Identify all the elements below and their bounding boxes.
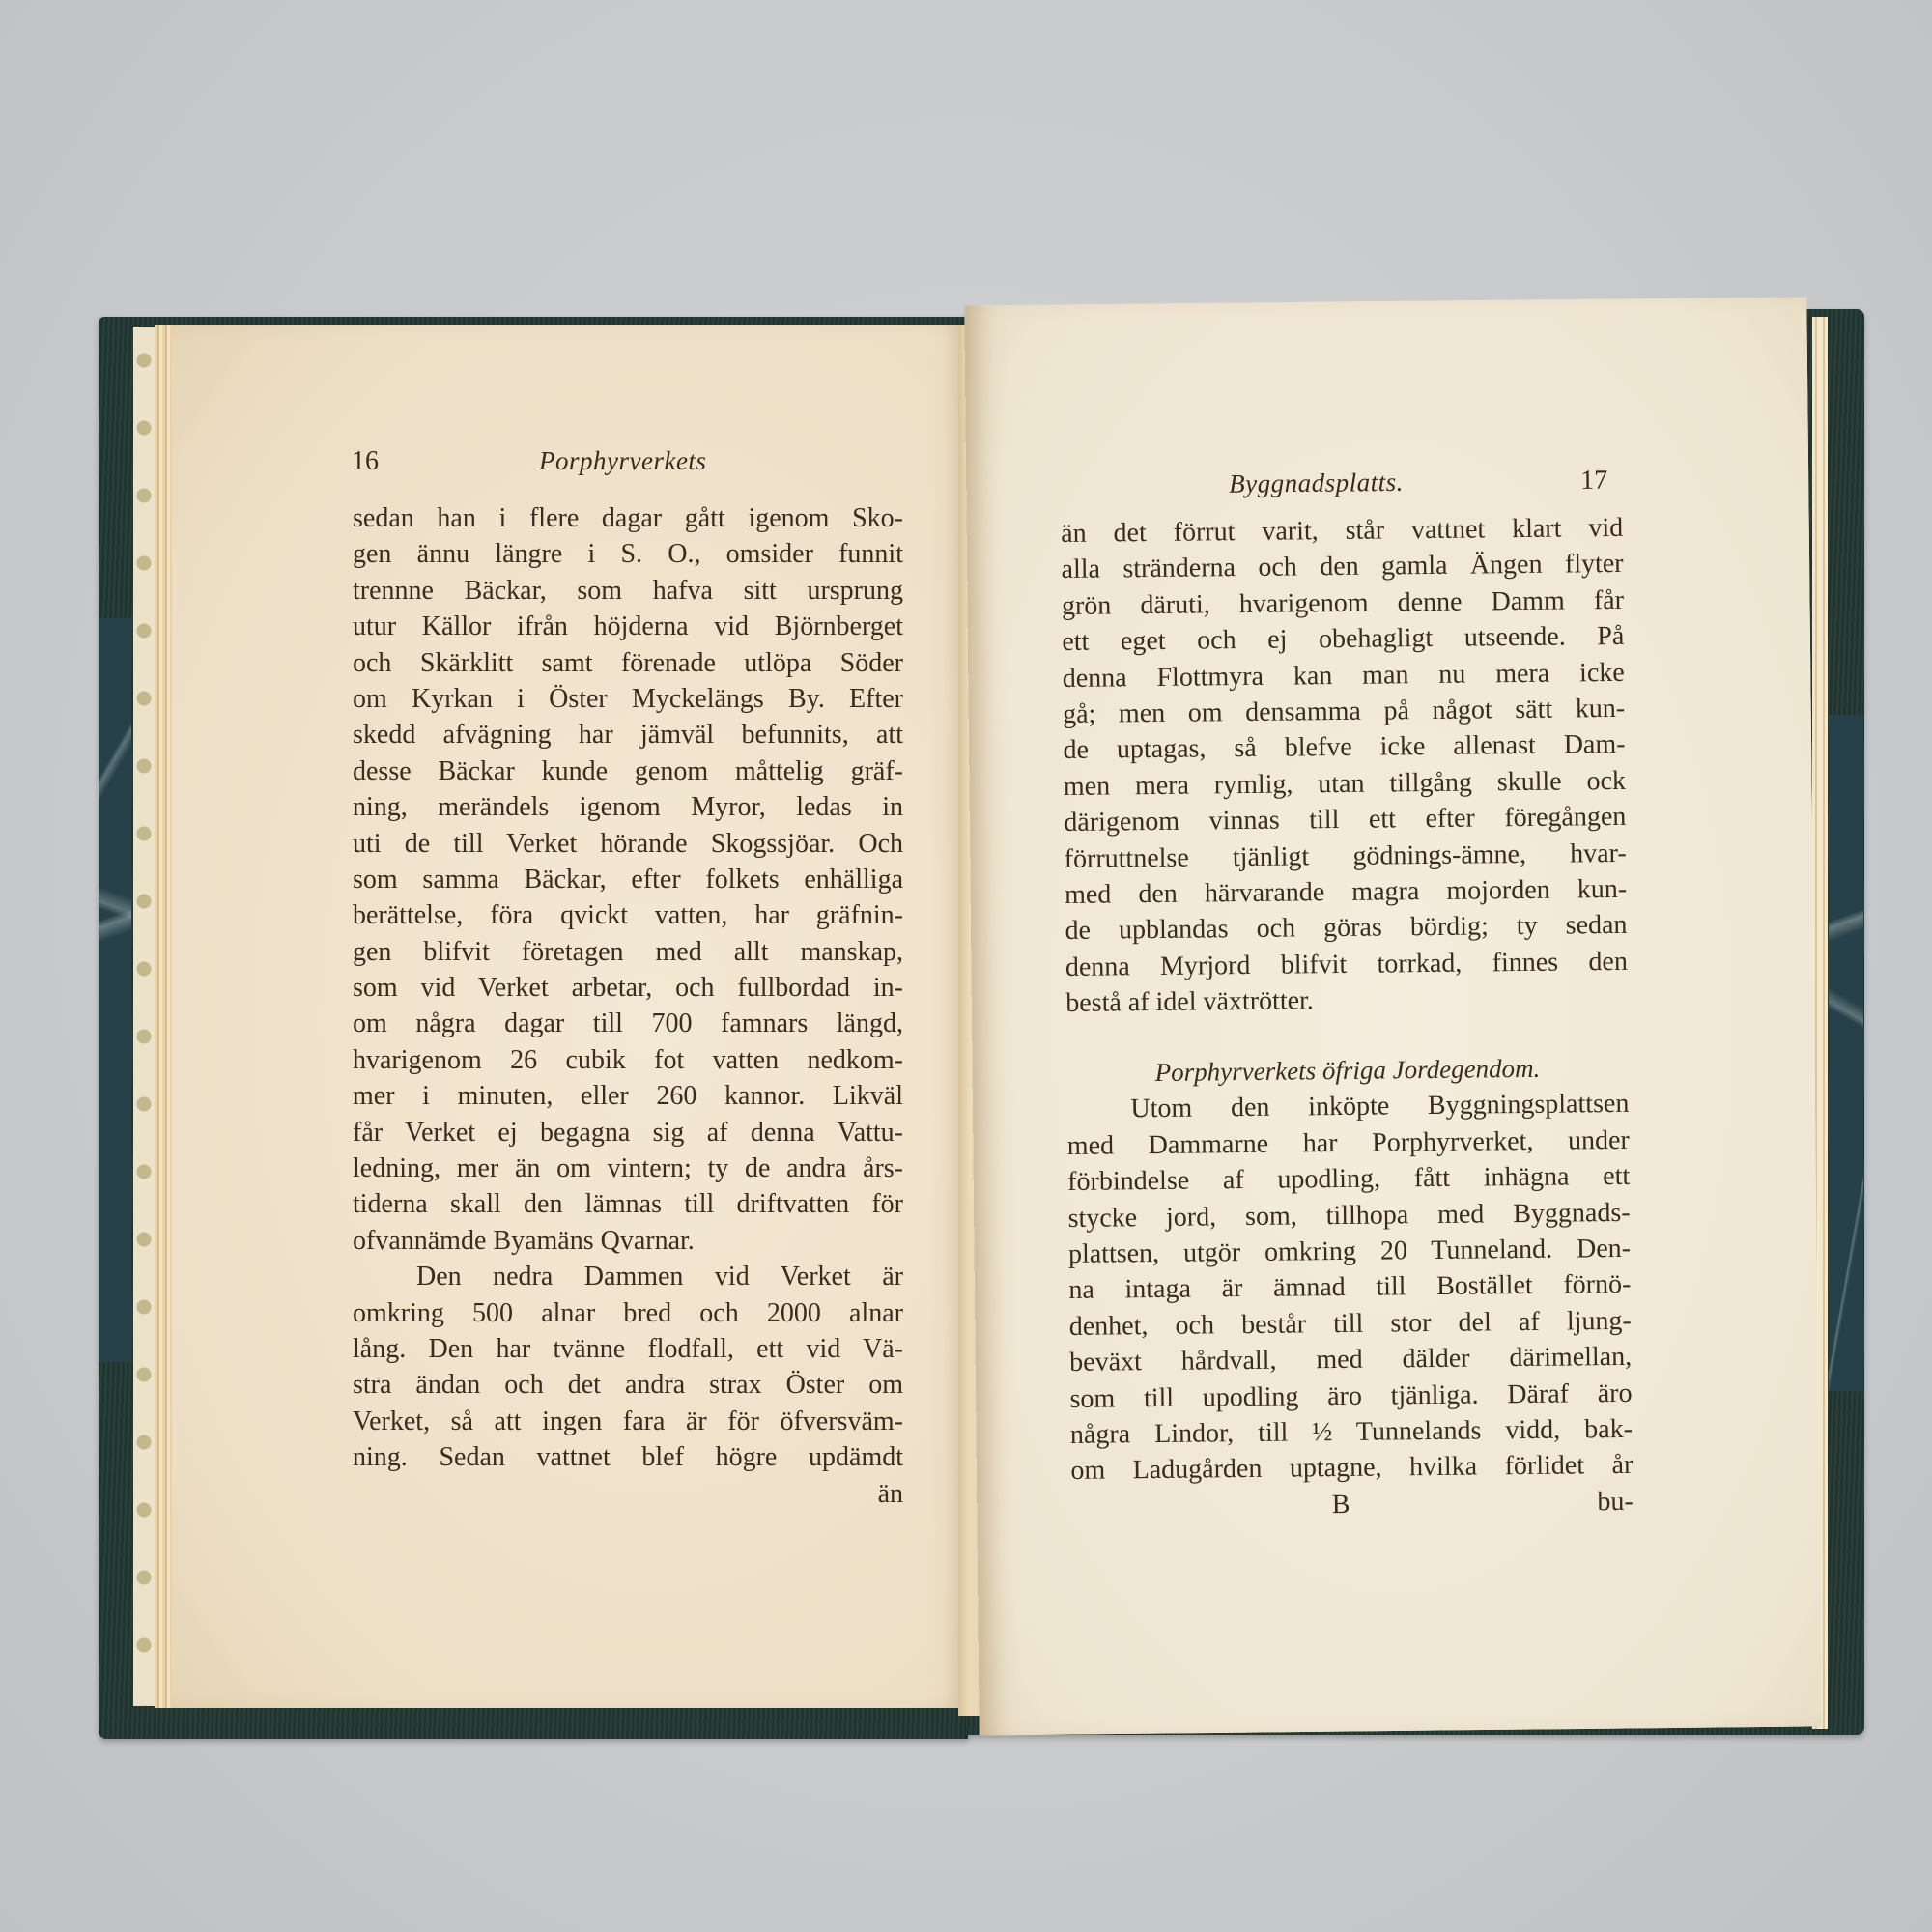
text-line: na intaga är ämnad till Bostället förnö-: [1068, 1266, 1631, 1308]
text-line: som vid Verket arbetar, och fullbordad i…: [353, 970, 903, 1006]
text-line: några Lindor, till ½ Tunnelands vidd, ba…: [1070, 1411, 1633, 1453]
text-line: och Skärklitt samt förenade utlöpa Söder: [353, 645, 903, 681]
running-head-title: Byggnadsplatts.: [1229, 468, 1404, 499]
text-line: beväxt hårdvall, med dälder därimellan,: [1069, 1339, 1632, 1380]
text-line: de uptagas, så blefve icke allenast Dam-: [1063, 726, 1625, 768]
page-edges-left: [155, 325, 174, 1708]
text-line: trennne Bäckar, som hafva sitt ursprung: [353, 573, 903, 609]
marbled-paper-left: [99, 618, 131, 1362]
text-line: gå; men om densamma på något sätt kun-: [1063, 691, 1625, 732]
text-line: därigenom vinnas till ett efter föregång…: [1064, 799, 1626, 840]
text-line: grön däruti, hvarigenom denne Damm får: [1062, 582, 1624, 624]
catchword: än: [353, 1476, 903, 1512]
text-line: förruttnelse tjänligt gödnings-ämne, hva…: [1065, 835, 1627, 876]
text-line: om Kyrkan i Öster Myckelängs By. Efter: [353, 681, 903, 717]
section-heading: Porphyrverkets öfriga Jordegendom.: [1066, 1050, 1629, 1092]
open-book: 16 Porphyrverkets sedan han i flere daga…: [0, 0, 1932, 1932]
text-line: får Verket ej begagna sig af denna Vattu…: [353, 1115, 903, 1151]
text-line: sedan han i flere dagar gått igenom Sko-: [353, 500, 903, 536]
right-page-body: än det förrut varit, står vattnet klart …: [1061, 510, 1634, 1525]
text-line: hvarigenom 26 cubik fot vatten nedkom-: [353, 1042, 903, 1078]
text-line: denna Flottmyra kan man nu mera icke: [1063, 654, 1625, 696]
text-line: utur Källor ifrån höjderna vid Björnberg…: [353, 609, 903, 644]
text-line: mer i minuten, eller 260 kannor. Likväl: [353, 1078, 903, 1114]
text-line: stra ändan och det andra strax Öster om: [353, 1367, 903, 1403]
text-line: de upblandas och göras bördig; ty sedan: [1065, 907, 1627, 949]
patterned-endpaper: [133, 327, 155, 1706]
text-line: tiderna skall den lämnas till driftvatte…: [353, 1186, 903, 1222]
text-line: alla stränderna och den gamla Ängen flyt…: [1061, 546, 1623, 587]
text-line: ning. Sedan vattnet blef högre updämdt: [353, 1439, 903, 1475]
text-line: skedd afvägning har jämväl befunnits, at…: [353, 717, 903, 753]
running-head-title: Porphyrverkets: [539, 446, 706, 476]
page-footer: B bu-: [1071, 1484, 1634, 1525]
text-line: gen ännu längre i S. O., omsider funnit: [353, 536, 903, 572]
text-line: lång. Den har tvänne flodfall, ett vid V…: [353, 1331, 903, 1367]
section-spacer: [1065, 1015, 1628, 1056]
text-line: ning, merändels igenom Myror, ledas in: [353, 789, 903, 825]
text-line: om några dagar till 700 famnars längd,: [353, 1006, 903, 1041]
text-line: än det förrut varit, står vattnet klart …: [1061, 510, 1623, 552]
text-line: denna Myrjord blifvit torrkad, finnes de…: [1065, 944, 1628, 985]
text-line: som samma Bäckar, efter folkets enhällig…: [353, 862, 903, 897]
text-line: som till upodling äro tjänliga. Däraf är…: [1069, 1375, 1632, 1416]
catchword: bu-: [1597, 1484, 1634, 1520]
page-number: 16: [352, 446, 379, 477]
marbled-paper-right: [1829, 715, 1863, 1391]
text-line: Verket, så att ingen fara är för öfversv…: [353, 1404, 903, 1439]
signature-mark: B: [1332, 1487, 1350, 1523]
text-line: stycke jord, som, tillhopa med Byggnads-: [1067, 1195, 1630, 1236]
text-line: uti de till Verket hörande Skogssjöar. O…: [353, 826, 903, 862]
text-line: omkring 500 alnar bred och 2000 alnar: [353, 1295, 903, 1331]
text-line: förbindelse af upodling, fått inhägna et…: [1067, 1158, 1630, 1200]
text-line: med den härvarande magra mojorden kun-: [1065, 871, 1627, 913]
page-number: 17: [1580, 466, 1607, 497]
paragraph-start: Utom den inköpte Byggningsplattsen: [1066, 1086, 1629, 1127]
text-line: ledning, mer än om vintern; ty de andra …: [353, 1151, 903, 1186]
text-line: med Dammarne har Porphyrverket, under: [1067, 1122, 1630, 1164]
text-line: denhet, och består till stor del af ljun…: [1069, 1303, 1632, 1345]
text-line: ett eget och ej obehagligt utseende. På: [1062, 618, 1624, 660]
paragraph-start: Den nedra Dammen vid Verket är: [353, 1259, 903, 1294]
text-line: plattsen, utgör omkring 20 Tunneland. De…: [1068, 1231, 1631, 1272]
text-line: om Ladugården uptagne, hvilka förlidet å…: [1070, 1447, 1633, 1489]
text-line: berättelse, föra qvickt vatten, har gräf…: [353, 897, 903, 933]
left-page-body: sedan han i flere dagar gått igenom Sko-…: [353, 500, 903, 1512]
text-line: bestå af idel växtrötter.: [1065, 980, 1628, 1021]
text-line: desse Bäckar kunde genom måttelig gräf-: [353, 753, 903, 789]
text-line: men mera rymlig, utan tillgång skulle oc…: [1064, 763, 1626, 805]
text-line: ofvannämde Byamäns Qvarnar.: [353, 1223, 903, 1259]
left-running-head: 16 Porphyrverkets: [172, 446, 970, 495]
text-line: gen blifvit företagen med allt manskap,: [353, 934, 903, 970]
